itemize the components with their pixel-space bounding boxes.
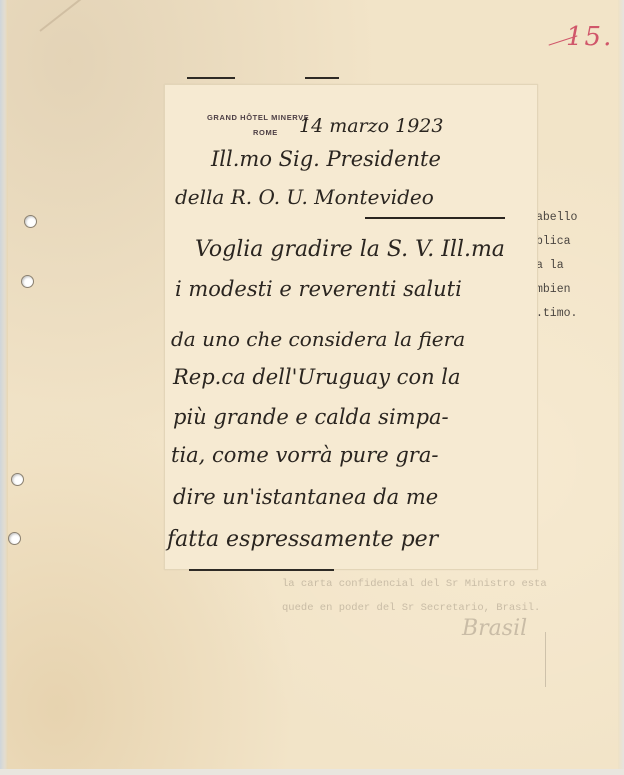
- page-bottom-edge: [0, 769, 624, 775]
- page-left-edge: [0, 0, 8, 775]
- clip-mark: [189, 569, 334, 571]
- faded-signature: Brasil: [462, 616, 527, 641]
- handwritten-line: Rep.ca dell'Uruguay con la: [173, 365, 461, 389]
- punch-hole-icon: [24, 215, 37, 228]
- handwritten-line: Ill.mo Sig. Presidente: [211, 147, 441, 171]
- handwritten-underline: [365, 217, 505, 219]
- faded-typed-line: la carta confidencial del Sr Ministro es…: [282, 578, 547, 590]
- letterhead-hotel-name: GRAND HÔTEL MINERVE: [207, 113, 309, 122]
- faded-typed-line: quede en poder del Sr Secretario, Brasil…: [282, 602, 540, 614]
- hotel-letter: GRAND HÔTEL MINERVE ROME 14 marzo 1923 I…: [164, 84, 538, 570]
- handwritten-line: i modesti e reverenti saluti: [175, 277, 462, 301]
- clip-mark: [187, 77, 235, 79]
- handwritten-line: Voglia gradire la S. V. Ill.ma: [195, 237, 505, 262]
- typed-fragment: a la: [536, 259, 564, 272]
- typed-fragment: abello: [536, 211, 577, 224]
- handwritten-line: da uno che considera la fiera: [171, 327, 465, 351]
- handwritten-line: fatta espressamente per: [167, 527, 438, 552]
- typed-fragment: blica: [536, 235, 571, 248]
- clip-mark: [305, 77, 339, 79]
- page-number: 15.: [566, 22, 613, 52]
- handwritten-line: dire un'istantanea da me: [173, 485, 438, 509]
- page-right-edge: [618, 0, 624, 775]
- typed-fragment: .timo.: [536, 307, 577, 320]
- punch-hole-icon: [11, 473, 24, 486]
- handwritten-line: tia, come vorrà pure gra-: [171, 443, 438, 467]
- letter-date: 14 marzo 1923: [299, 115, 444, 137]
- handwritten-line: più grande e calda simpa-: [173, 405, 449, 429]
- punch-hole-icon: [8, 532, 21, 545]
- faded-signature-stroke: [545, 632, 546, 687]
- typed-fragment: mbien: [536, 283, 571, 296]
- punch-hole-icon: [21, 275, 34, 288]
- handwritten-line: della R. O. U. Montevideo: [175, 185, 434, 209]
- letterhead-city: ROME: [253, 128, 278, 137]
